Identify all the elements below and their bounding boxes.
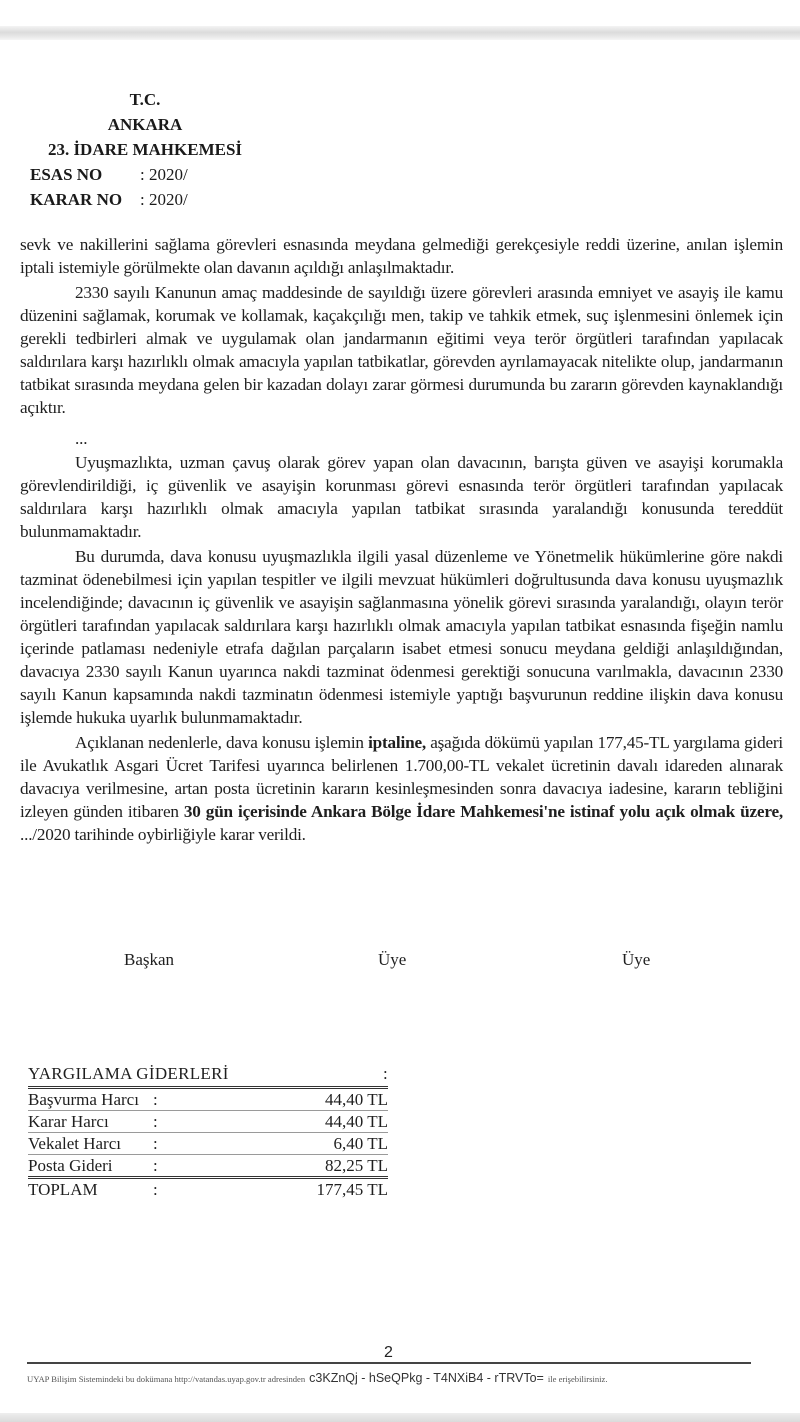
city-heading: ANKARA — [0, 115, 290, 135]
cost-name: Karar Harcı — [28, 1111, 153, 1132]
viewer-bottom-bar — [0, 1413, 800, 1422]
cost-amount: 44,40 TL — [193, 1111, 388, 1132]
signature-member-2: Üye — [622, 950, 650, 970]
footer-divider — [27, 1362, 751, 1364]
paragraph-3: Uyuşmazlıkta, uzman çavuş olarak görev y… — [20, 451, 783, 543]
cost-amount: 44,40 TL — [193, 1089, 388, 1110]
cost-amount: 6,40 TL — [193, 1133, 388, 1154]
cost-total-row: TOPLAM : 177,45 TL — [28, 1179, 388, 1200]
karar-label: KARAR NO — [30, 190, 140, 210]
total-label: TOPLAM — [28, 1179, 153, 1200]
cost-colon: : — [153, 1111, 193, 1132]
p5-text-e: .../2020 tarihinde oybirliğiyle karar ve… — [20, 825, 306, 844]
country-heading: T.C. — [0, 90, 290, 110]
costs-title: YARGILAMA GİDERLERİ — [28, 1063, 229, 1085]
cost-colon: : — [153, 1155, 193, 1176]
cost-name: Başvurma Harcı — [28, 1089, 153, 1110]
omission-marker: ... — [20, 431, 783, 447]
paragraph-2: 2330 sayılı Kanunun amaç maddesinde de s… — [20, 281, 783, 419]
esas-label: ESAS NO — [30, 165, 140, 185]
esas-no: ESAS NO: 2020/ — [30, 165, 188, 185]
signature-member-1: Üye — [378, 950, 406, 970]
viewer-top-bar — [0, 26, 800, 40]
esas-value: : 2020/ — [140, 165, 188, 184]
cost-name: Vekalet Harcı — [28, 1133, 153, 1154]
costs-title-colon: : — [383, 1063, 388, 1085]
p5-appeal-notice: 30 gün içerisinde Ankara Bölge İdare Mah… — [184, 802, 783, 821]
karar-no: KARAR NO: 2020/ — [30, 190, 188, 210]
decision-body: sevk ve nakillerini sağlama görevleri es… — [20, 233, 783, 846]
cost-colon: : — [153, 1089, 193, 1110]
p5-text-a: Açıklanan nedenlerle, dava konusu işlemi… — [75, 733, 368, 752]
footer-verification: UYAP Bilişim Sistemindeki bu dokümana ht… — [27, 1369, 767, 1387]
cost-row: Vekalet Harcı : 6,40 TL — [28, 1133, 388, 1155]
footer-suffix: ile erişebilirsiniz. — [548, 1374, 608, 1384]
paragraph-5: Açıklanan nedenlerle, dava konusu işlemi… — [20, 731, 783, 846]
total-colon: : — [153, 1179, 193, 1200]
court-heading: 23. İDARE MAHKEMESİ — [0, 140, 290, 160]
cost-row: Karar Harcı : 44,40 TL — [28, 1111, 388, 1133]
cost-colon: : — [153, 1133, 193, 1154]
cost-row: Başvurma Harcı : 44,40 TL — [28, 1089, 388, 1111]
p5-iptaline: iptaline, — [368, 733, 426, 752]
paragraph-1: sevk ve nakillerini sağlama görevleri es… — [20, 233, 783, 279]
total-amount: 177,45 TL — [193, 1179, 388, 1200]
footer-prefix: UYAP Bilişim Sistemindeki bu dokümana ht… — [27, 1374, 305, 1384]
cost-amount: 82,25 TL — [193, 1155, 388, 1176]
verification-code: c3KZnQj - hSeQPkg - T4NXiB4 - rTRVTo= — [309, 1371, 544, 1385]
court-costs-table: YARGILAMA GİDERLERİ : Başvurma Harcı : 4… — [28, 1063, 388, 1200]
cost-name: Posta Gideri — [28, 1155, 153, 1176]
karar-value: : 2020/ — [140, 190, 188, 209]
signature-president: Başkan — [124, 950, 174, 970]
cost-row: Posta Gideri : 82,25 TL — [28, 1155, 388, 1179]
page-number: 2 — [384, 1344, 393, 1362]
paragraph-4: Bu durumda, dava konusu uyuşmazlıkla ilg… — [20, 545, 783, 729]
costs-title-row: YARGILAMA GİDERLERİ : — [28, 1063, 388, 1089]
